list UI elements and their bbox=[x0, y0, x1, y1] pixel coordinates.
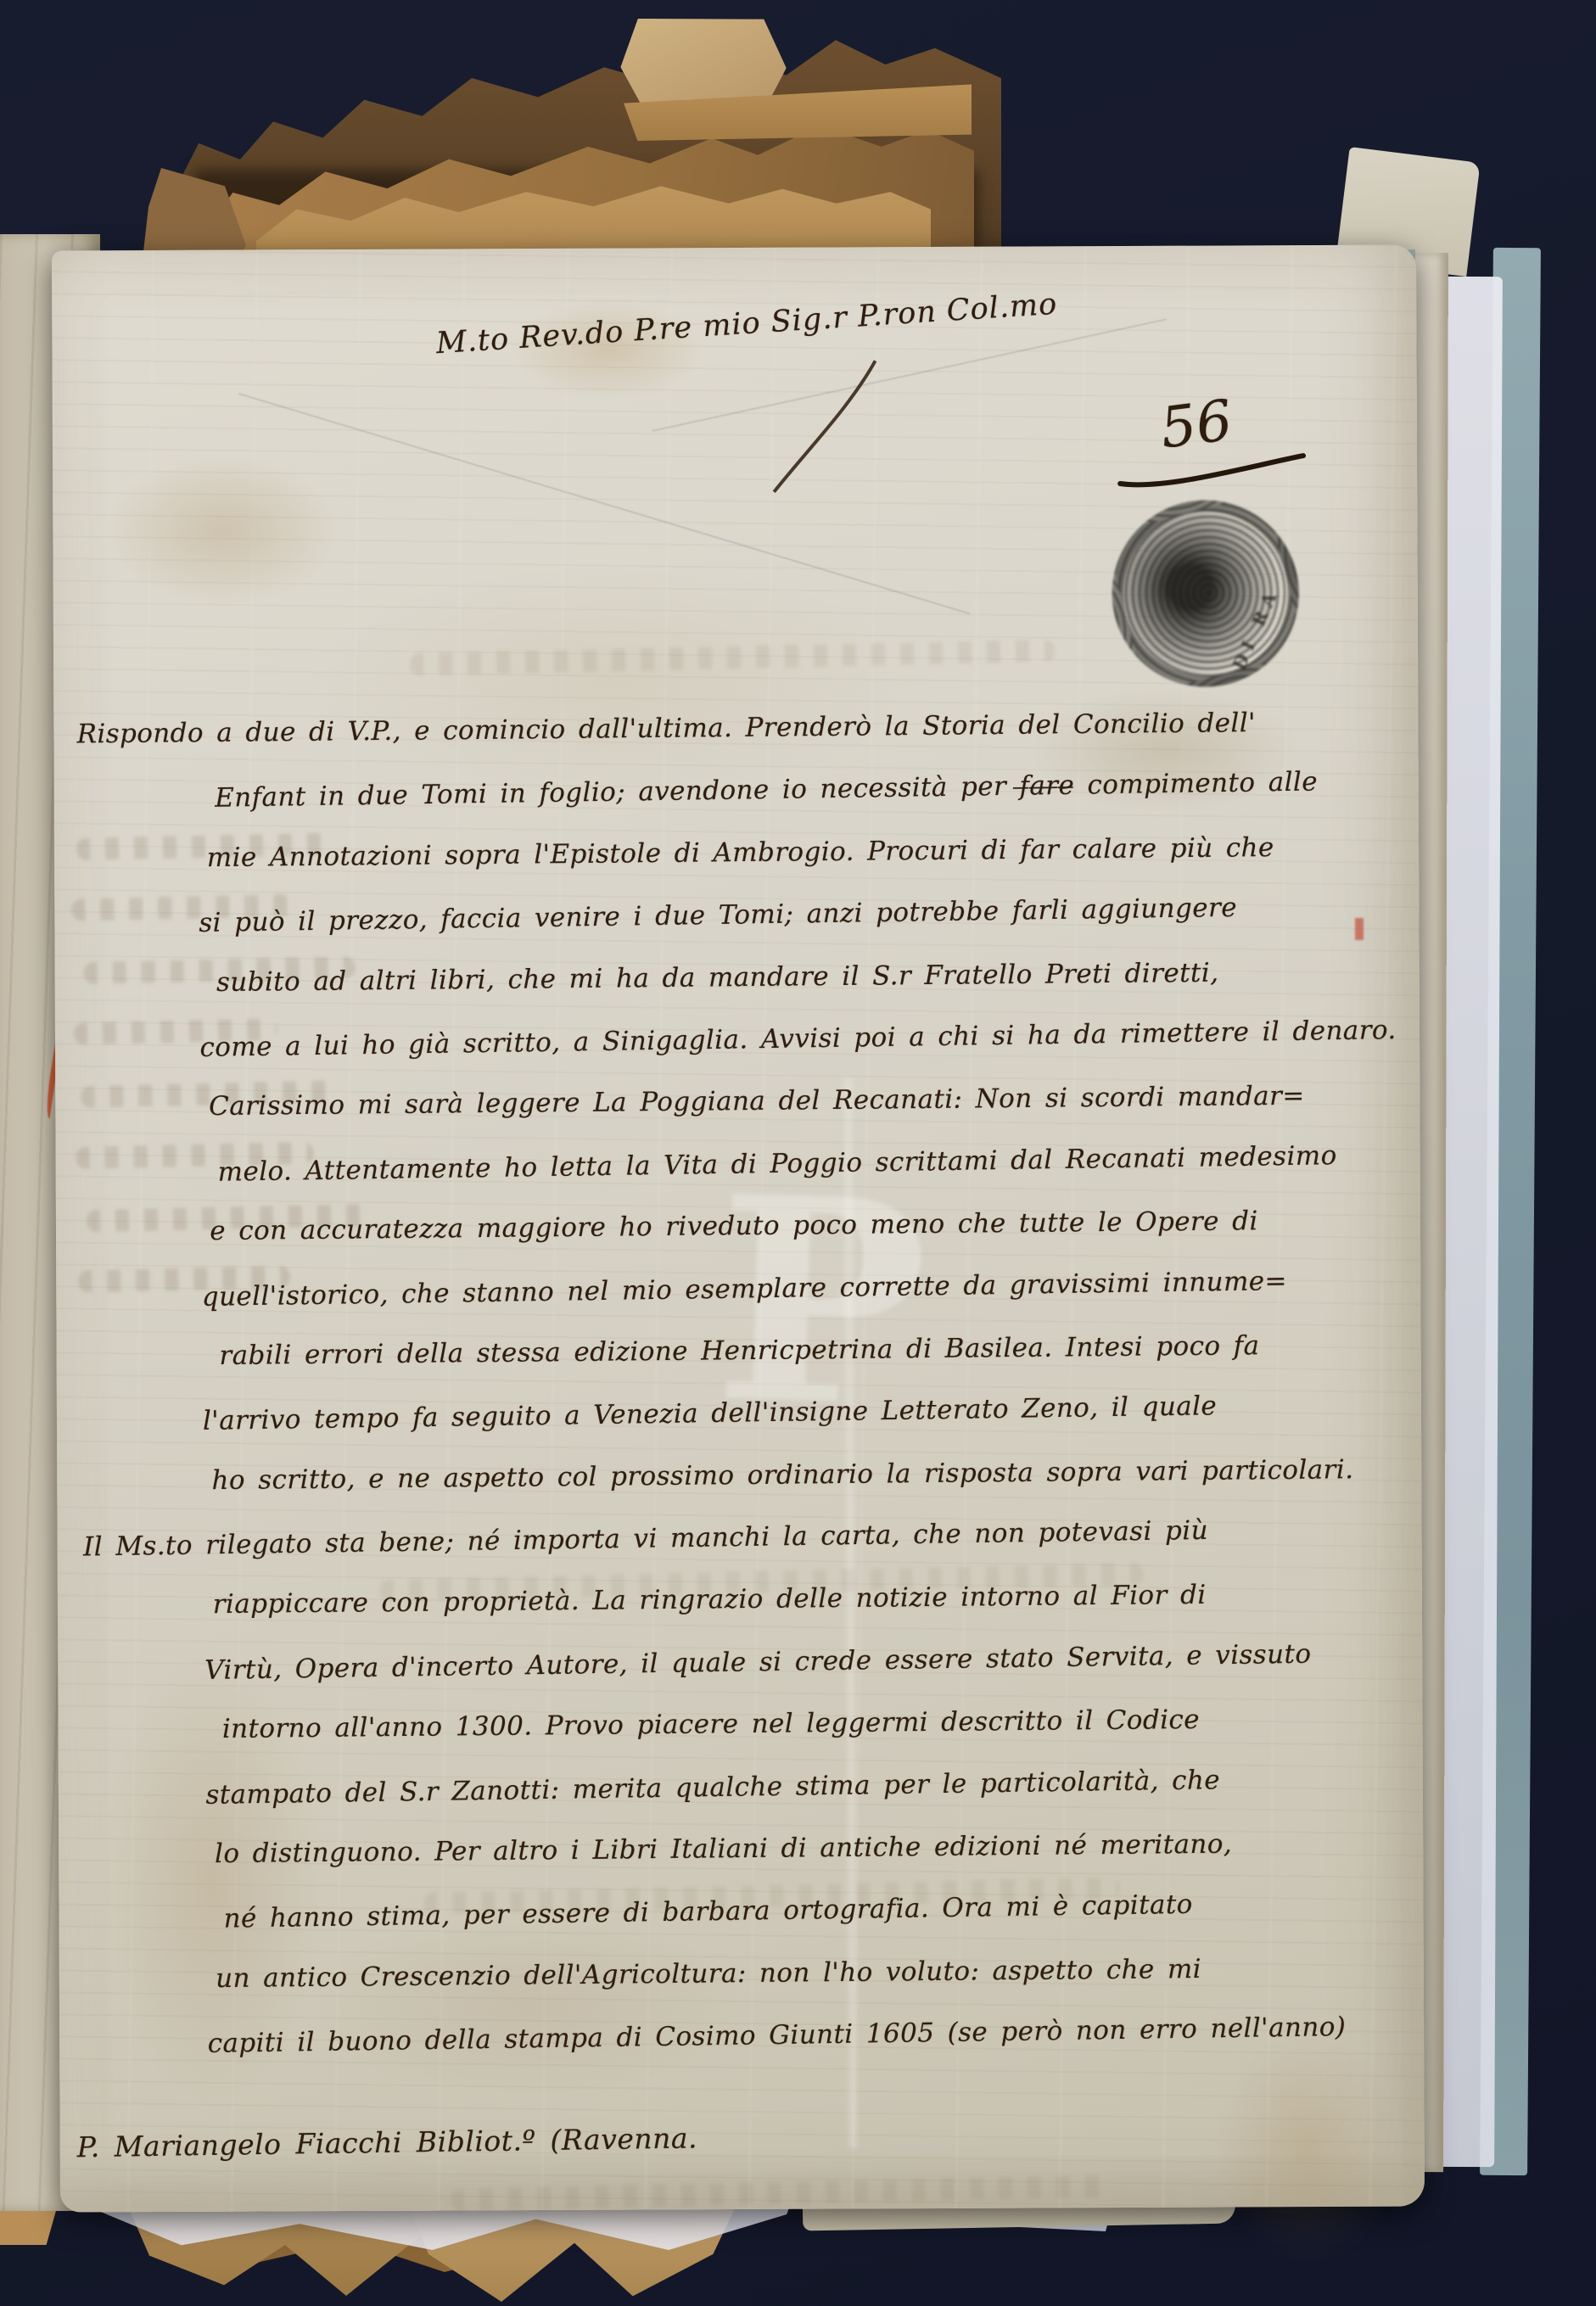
archive-photo-stage: rimperin=Di=rio,v.derepo=siiletallelosse bbox=[0, 0, 1596, 2306]
red-ink-speck bbox=[1355, 918, 1364, 940]
letter-body: Rispondo a due di V.P., e comincio dall'… bbox=[52, 708, 1420, 2088]
salutation-flourish bbox=[748, 355, 919, 501]
manuscript-page: P M.to Rev.do P.re mio Sig.r P.ron Col.m… bbox=[52, 245, 1425, 2213]
page-number-underline bbox=[1115, 447, 1310, 490]
